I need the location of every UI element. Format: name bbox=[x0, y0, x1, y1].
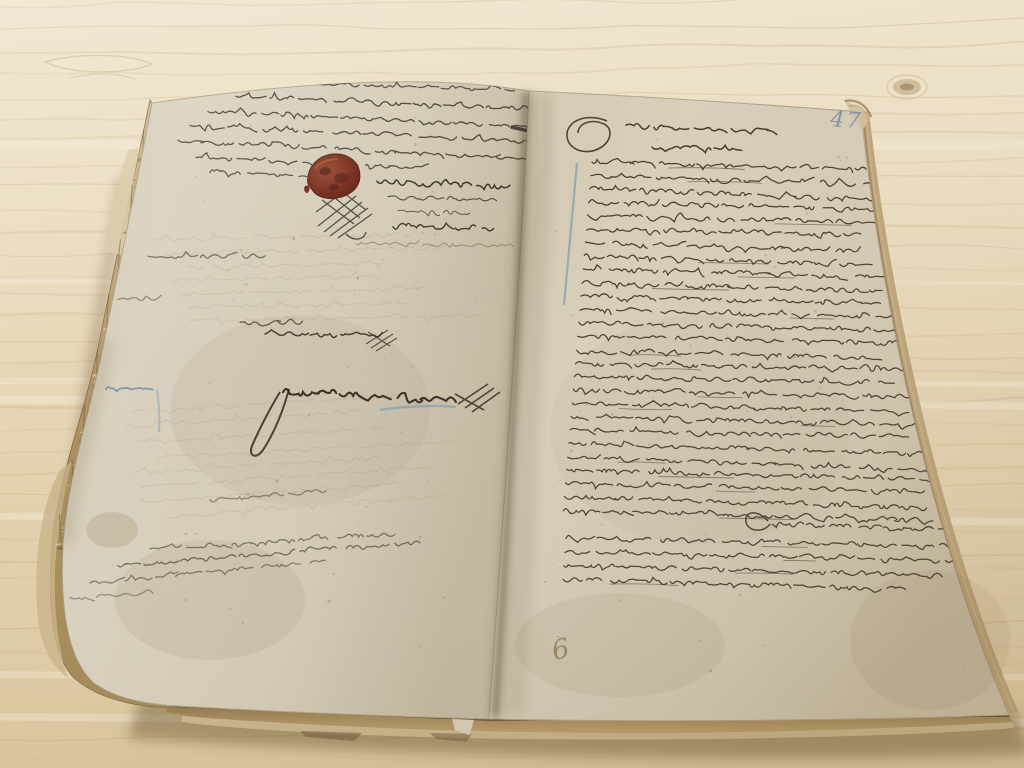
lighting-overlay bbox=[0, 0, 1024, 768]
photo-scene: 47 6 bbox=[0, 0, 1024, 768]
manuscript-photo: 47 6 bbox=[0, 0, 1024, 768]
